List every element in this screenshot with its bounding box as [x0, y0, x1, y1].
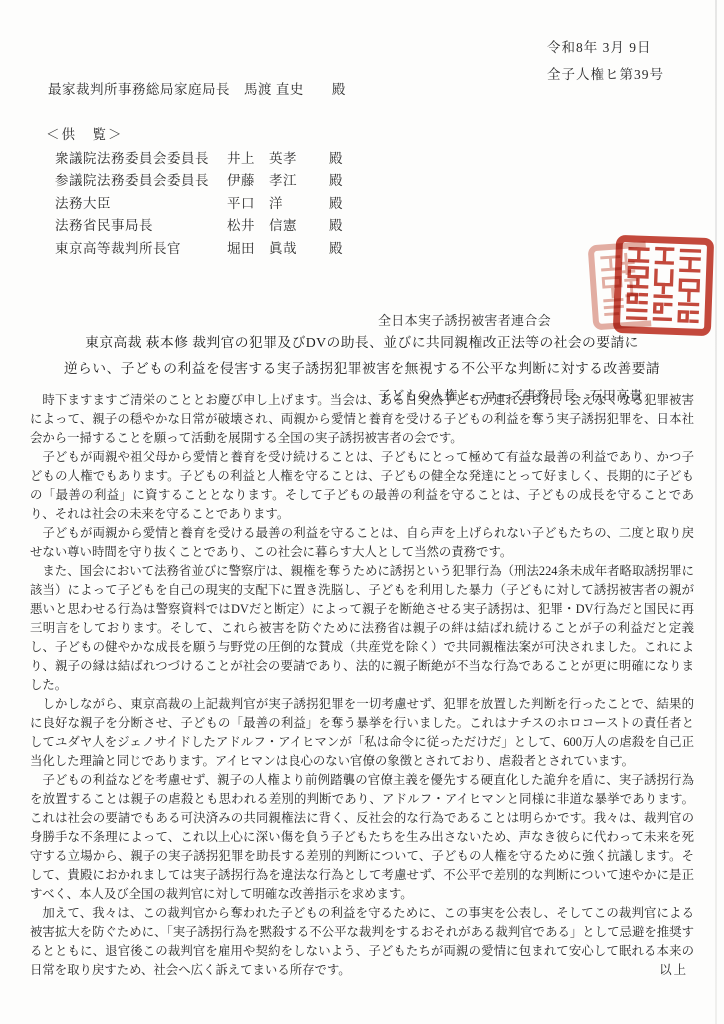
- subject-line-1: 東京高裁 萩本修 裁判官の犯罪及びDVの助長、並びに共同親権改正法等の社会の要請…: [0, 330, 724, 356]
- recipient-honorific: 殿: [329, 214, 343, 236]
- recipient-name: 平口 洋: [227, 192, 329, 214]
- addressee-title: 最家裁判所事務総局家庭局長: [48, 82, 230, 97]
- addressee-name: 馬渡 直史: [244, 82, 304, 97]
- recipient-name: 松井 信憲: [227, 214, 329, 236]
- reference-number: 全子人権ヒ第39号: [547, 61, 664, 88]
- date-block: 令和8年 3月 9日 全子人権ヒ第39号: [547, 34, 664, 88]
- spacer: [230, 82, 244, 97]
- paragraph: 子どもが両親から愛情と養育を受ける最善の利益を守ることは、自ら声を上げられない子…: [30, 524, 694, 562]
- addressee-line: 最家裁判所事務総局家庭局長 馬渡 直史 殿: [48, 78, 346, 98]
- recipients-list: 衆議院法務委員会委員長井上 英孝殿 参議院法務委員会委員長伊藤 孝江殿 法務大臣…: [55, 147, 343, 259]
- paragraph: しかしながら、東京高裁の上記裁判官が実子誘拐犯罪を一切考慮せず、犯罪を放置した判…: [30, 695, 694, 771]
- paragraph: 子どもの利益などを考慮せず、親子の人権より前例踏襲の官僚主義を優先する硬直化した…: [30, 771, 694, 904]
- recipient-honorific: 殿: [329, 147, 343, 169]
- recipient-title: 法務省民事局長: [55, 214, 227, 236]
- subject-line-2: 逆らい、子どもの利益を侵害する実子誘拐犯罪被害を無視する不公平な判断に対する改善…: [0, 356, 724, 382]
- scanned-letter-page: 令和8年 3月 9日 全子人権ヒ第39号 最家裁判所事務総局家庭局長 馬渡 直史…: [0, 0, 724, 1024]
- recipient-title: 衆議院法務委員会委員長: [55, 147, 227, 169]
- spacer: [304, 82, 332, 97]
- recipient-title: 参議院法務委員会委員長: [55, 169, 227, 191]
- date-line: 令和8年 3月 9日: [547, 34, 664, 61]
- recipient-name: 伊藤 孝江: [227, 169, 329, 191]
- recipient-title: 東京高等裁判所長官: [55, 237, 227, 259]
- recipient-honorific: 殿: [329, 237, 343, 259]
- paragraph: 子どもが両親や祖父母から愛情と養育を受け続けることは、子どもにとって極めて有益な…: [30, 448, 694, 524]
- recipient-honorific: 殿: [329, 169, 343, 191]
- paragraph: また、国会において法務省並びに警察庁は、親権を奪うために誘拐という犯罪行為（刑法…: [30, 562, 694, 695]
- recipient-name: 井上 英孝: [227, 147, 329, 169]
- recipient-name: 堀田 眞哉: [227, 237, 329, 259]
- letter-body: 時下ますますご清栄のこととお慶び申し上げます。当会は、ある日突然子どもが連れ去ら…: [30, 391, 694, 980]
- addressee-honorific: 殿: [332, 82, 346, 97]
- recipient-title: 法務大臣: [55, 192, 227, 214]
- scan-edge-artifact: [715, 0, 717, 1024]
- kyoran-label: ＜供 覧＞: [46, 123, 124, 143]
- letter-subject: 東京高裁 萩本修 裁判官の犯罪及びDVの助長、並びに共同親権改正法等の社会の要請…: [0, 330, 724, 382]
- paragraph: 時下ますますご清栄のこととお慶び申し上げます。当会は、ある日突然子どもが連れ去ら…: [30, 391, 694, 448]
- recipient-honorific: 殿: [329, 192, 343, 214]
